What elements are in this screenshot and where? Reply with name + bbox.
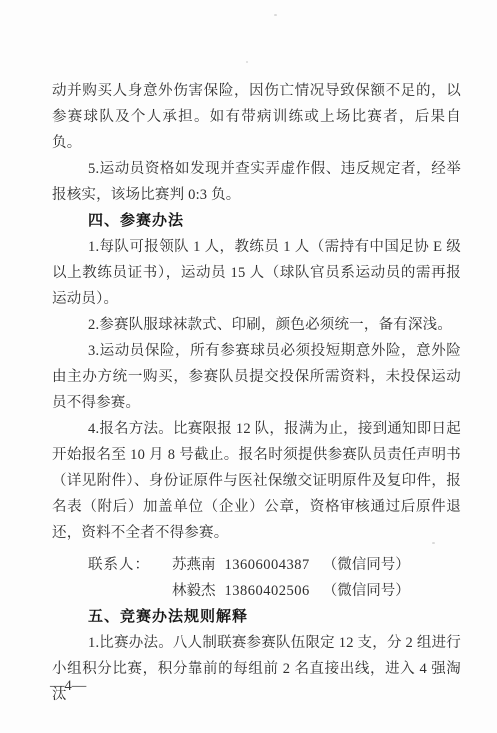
- paragraph-team-roster: 1.每队可报领队 1 人，教练员 1 人（需持有中国足协 E 级以上教练员证书）…: [52, 234, 461, 312]
- contact-name: 苏燕南: [172, 552, 216, 578]
- scan-speck: [274, 14, 277, 16]
- contact-block: 联系人：苏燕南13606004387（微信同号） 林毅杰13860402506（…: [52, 552, 461, 604]
- contact-phone: 13860402506: [225, 578, 310, 604]
- contact-note: （微信同号）: [323, 578, 410, 604]
- paragraph-insurance-liability: 动并购买人身意外伤害保险，因伤亡情况导致保额不足的，以参赛球队及个人承担。如有带…: [52, 78, 461, 156]
- contact-row: 联系人：苏燕南13606004387（微信同号）: [88, 552, 461, 578]
- contact-note: （微信同号）: [323, 552, 410, 578]
- paragraph-insurance-rule: 3.运动员保险，所有参赛球员必须投短期意外险，意外险由主办方统一购买，参赛队员提…: [52, 338, 461, 416]
- contact-row: 林毅杰13860402506（微信同号）: [88, 578, 461, 604]
- paragraph-registration-method: 4.报名方法。比赛限报 12 队，报满为止，接到通知即日起开始报名至 10 月 …: [52, 416, 461, 546]
- document-page: 动并购买人身意外伤害保险，因伤亡情况导致保额不足的，以参赛球队及个人承担。如有带…: [0, 0, 497, 733]
- page-number: —4—: [50, 676, 86, 696]
- section-heading-competition-rules: 五、竞赛办法规则解释: [52, 604, 461, 630]
- contact-phone: 13606004387: [225, 552, 310, 578]
- contact-name: 林毅杰: [172, 578, 216, 604]
- document-body: 动并购买人身意外伤害保险，因伤亡情况导致保额不足的，以参赛球队及个人承担。如有带…: [52, 78, 461, 708]
- section-heading-entry-rules: 四、参赛办法: [52, 208, 461, 234]
- contact-label: 联系人：: [88, 552, 172, 578]
- paragraph-competition-format: 1.比赛办法。八人制联赛参赛队伍限定 12 支，分 2 组进行小组积分比赛，积分…: [52, 630, 461, 708]
- scan-speck: [246, 61, 248, 63]
- paragraph-athlete-eligibility-rule: 5.运动员资格如发现并查实弄虚作假、违反规定者，经举报核实，该场比赛判 0:3 …: [52, 156, 461, 208]
- paragraph-uniform-rule: 2.参赛队服球袜款式、印刷，颜色必须统一，备有深浅。: [52, 312, 461, 338]
